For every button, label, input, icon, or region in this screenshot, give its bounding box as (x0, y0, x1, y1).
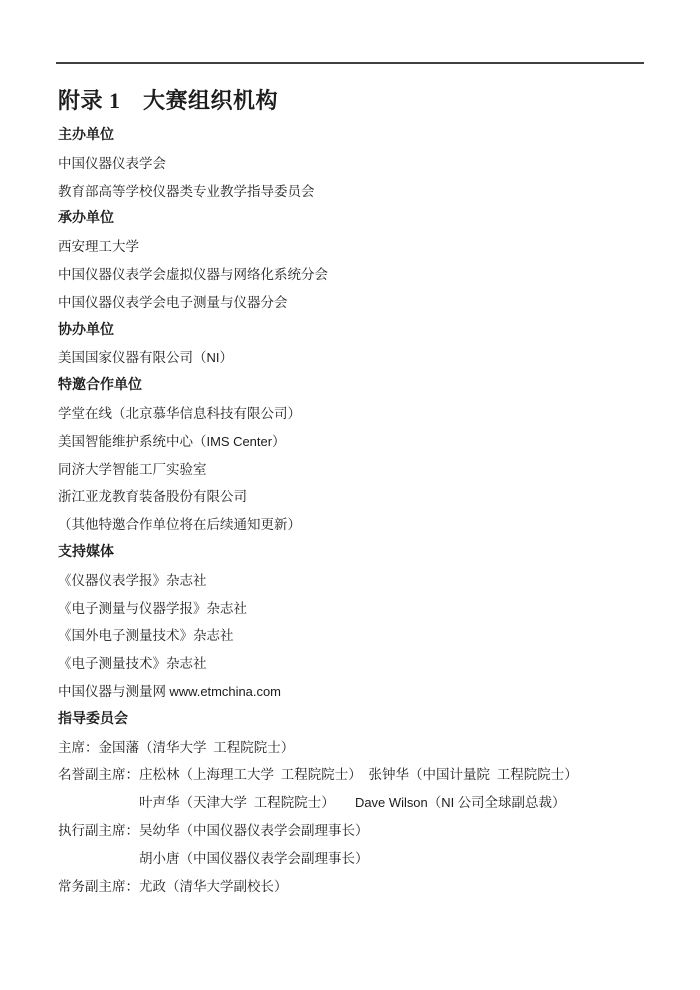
committee-row: 常务副主席：尤政（清华大学副校长） (58, 873, 658, 901)
org-item: 学堂在线（北京慕华信息科技有限公司） (58, 400, 658, 428)
section-heading: 主办单位 (58, 122, 658, 150)
org-item: 《国外电子测量技术》杂志社 (58, 622, 658, 650)
org-item: 浙江亚龙教育装备股份有限公司 (58, 483, 658, 511)
document-page: 附录 1 大赛组织机构 主办单位 中国仪器仪表学会 教育部高等学校仪器类专业教学… (0, 0, 700, 990)
org-item: 《电子测量与仪器学报》杂志社 (58, 595, 658, 623)
committee-row: 叶声华（天津大学 工程院院士） Dave Wilson（NI 公司全球副总裁） (58, 789, 658, 817)
org-item: 中国仪器仪表学会虚拟仪器与网络化系统分会 (58, 261, 658, 289)
org-item: 同济大学智能工厂实验室 (58, 456, 658, 484)
org-item: 教育部高等学校仪器类专业教学指导委员会 (58, 178, 658, 206)
section-heading: 支持媒体 (58, 539, 658, 567)
org-item: 《仪器仪表学报》杂志社 (58, 567, 658, 595)
org-item: 美国国家仪器有限公司（NI） (58, 344, 658, 372)
section-heading: 协办单位 (58, 317, 658, 345)
org-item: 美国智能维护系统中心（IMS Center） (58, 428, 658, 456)
document-content: 附录 1 大赛组织机构 主办单位 中国仪器仪表学会 教育部高等学校仪器类专业教学… (58, 87, 658, 900)
org-item: 中国仪器仪表学会 (58, 150, 658, 178)
page-title: 附录 1 大赛组织机构 (58, 87, 658, 114)
org-item: 中国仪器仪表学会电子测量与仪器分会 (58, 289, 658, 317)
committee-row: 执行副主席：吴幼华（中国仪器仪表学会副理事长） (58, 817, 658, 845)
org-item: 《电子测量技术》杂志社 (58, 650, 658, 678)
section-heading: 指导委员会 (58, 706, 658, 734)
org-item: 西安理工大学 (58, 233, 658, 261)
committee-row: 胡小唐（中国仪器仪表学会副理事长） (58, 845, 658, 873)
org-item: （其他特邀合作单位将在后续通知更新） (58, 511, 658, 539)
committee-row: 名誉副主席：庄松林（上海理工大学 工程院院士） 张钟华（中国计量院 工程院院士） (58, 761, 658, 789)
organization-list: 主办单位 中国仪器仪表学会 教育部高等学校仪器类专业教学指导委员会 承办单位 西… (58, 122, 658, 900)
header-rule (56, 62, 644, 64)
committee-row: 主席：金国藩（清华大学 工程院院士） (58, 734, 658, 762)
section-heading: 特邀合作单位 (58, 372, 658, 400)
org-item: 中国仪器与测量网 www.etmchina.com (58, 678, 658, 706)
section-heading: 承办单位 (58, 205, 658, 233)
